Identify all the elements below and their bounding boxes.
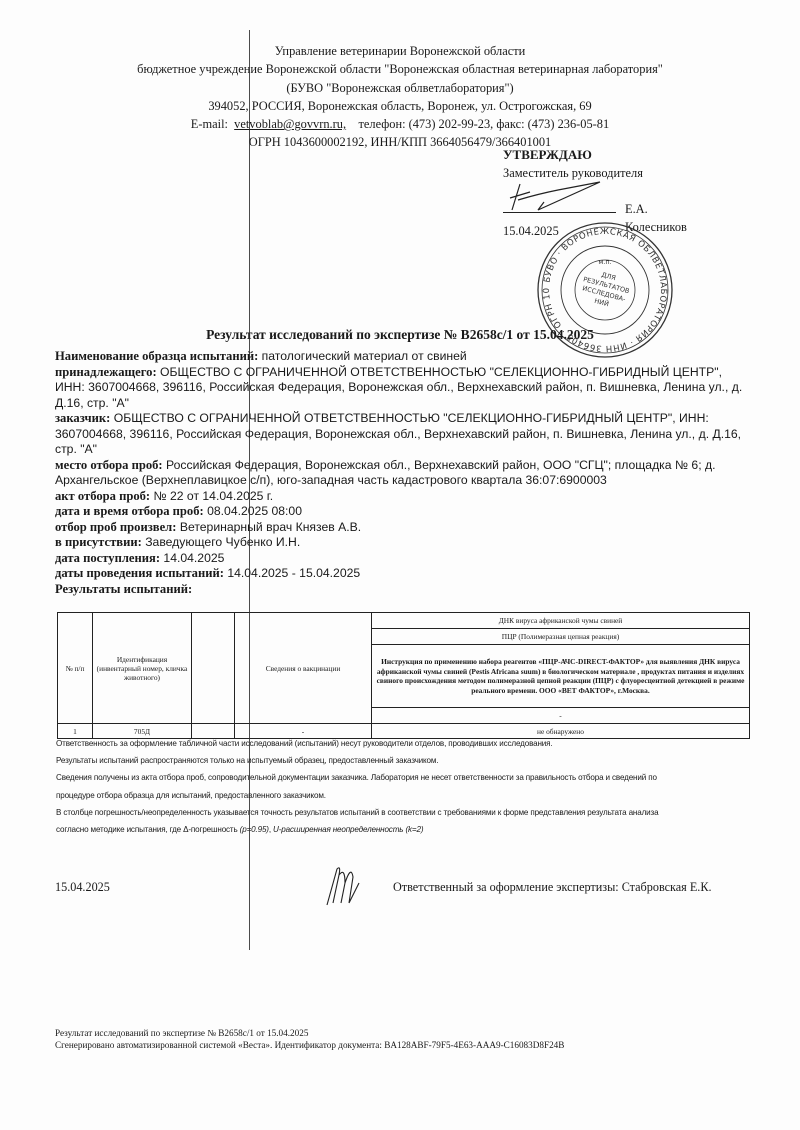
header-short-name: (БУВО "Воронежская облветлаборатория") (0, 79, 800, 97)
col-header-units: - (372, 708, 750, 724)
signoff-block: 15.04.2025 Ответственный за оформление э… (55, 878, 755, 918)
col-header-number: № п/п (58, 613, 93, 724)
footer-reference: Результат исследований по экспертизе № В… (55, 1027, 564, 1039)
col-header-vaccination: Сведения о вакцинации (235, 613, 372, 724)
table-header-row: № п/п Идентификация (инвентарный номер, … (58, 613, 750, 629)
col-header-method-type: ПЦР (Полимеразная цепная реакция) (372, 629, 750, 645)
col-header-blank (192, 613, 235, 724)
note-source-b: процедуре отбора образца для испытаний, … (56, 787, 756, 804)
field-sample-name: Наименование образца испытаний: патологи… (55, 349, 755, 365)
note-uncertainty-a: В столбце погрешность/неопределенность у… (56, 804, 756, 821)
note-responsibility: Ответственность за оформление табличной … (56, 735, 756, 752)
field-test-dates: даты проведения испытаний: 14.04.2025 - … (55, 566, 755, 582)
scan-artifact-line (249, 30, 250, 950)
col-header-identification: Идентификация (инвентарный номер, кличка… (93, 613, 192, 724)
document-footer: Результат исследований по экспертизе № В… (55, 1027, 564, 1051)
signoff-date: 15.04.2025 (55, 880, 110, 895)
header-authority: Управление ветеринарии Воронежской облас… (0, 42, 800, 60)
document-page: Управление ветеринарии Воронежской облас… (0, 0, 800, 1130)
field-in-presence: в присутствии: Заведующего Чубенко И.Н. (55, 535, 755, 551)
phone-fax: телефон: (473) 202-99-23, факс: (473) 23… (358, 117, 609, 131)
header-contacts: E-mail: vetvoblab@govvrn.ru, телефон: (4… (0, 115, 800, 133)
header-registration: ОГРН 1043600002192, ИНН/КПП 3664056479/3… (0, 133, 800, 151)
email-label: E-mail: (191, 117, 228, 131)
responsible-person: Ответственный за оформление экспертизы: … (393, 880, 712, 895)
col-header-method-doc: Инструкция по применению набора реагенто… (372, 645, 750, 708)
results-table: № п/п Идентификация (инвентарный номер, … (57, 612, 750, 739)
footer-generated-by: Сгенерировано автоматизированной системо… (55, 1039, 564, 1051)
field-sampling-act: акт отбора проб: № 22 от 14.04.2025 г. (55, 489, 755, 505)
note-scope: Результаты испытаний распространяются то… (56, 752, 756, 769)
note-uncertainty-b: согласно методике испытания, где Δ-погре… (56, 821, 756, 838)
field-customer: заказчик: ОБЩЕСТВО С ОГРАНИЧЕННОЙ ОТВЕТС… (55, 411, 755, 458)
header-address: 394052, РОССИЯ, Воронежская область, Вор… (0, 97, 800, 115)
col-header-test-name: ДНК вируса африканской чумы свиней (372, 613, 750, 629)
svg-text:м.п.: м.п. (598, 258, 611, 266)
field-sampled-by: отбор проб произвел: Ветеринарный врач К… (55, 520, 755, 536)
document-title: Результат исследований по экспертизе № В… (0, 327, 800, 343)
field-sampling-place: место отбора проб: Российская Федерация,… (55, 458, 755, 489)
approval-title: УТВЕРЖДАЮ (503, 146, 643, 164)
organization-header: Управление ветеринарии Воронежской облас… (0, 42, 800, 152)
notes-section: Ответственность за оформление табличной … (56, 735, 756, 838)
signature-icon (508, 180, 618, 214)
approval-signature-row: Е.А. Колесников (503, 182, 643, 220)
field-received-date: дата поступления: 14.04.2025 (55, 551, 755, 567)
field-owner: принадлежащего: ОБЩЕСТВО С ОГРАНИЧЕННОЙ … (55, 365, 755, 412)
signature-line (503, 212, 616, 213)
results-heading: Результаты испытаний: (55, 582, 755, 598)
signature-icon (323, 863, 363, 907)
email-link[interactable]: vetvoblab@govvrn.ru, (234, 117, 346, 131)
header-institution: бюджетное учреждение Воронежской области… (0, 60, 800, 78)
sample-details: Наименование образца испытаний: патологи… (55, 349, 755, 597)
field-sampling-datetime: дата и время отбора проб: 08.04.2025 08:… (55, 504, 755, 520)
note-source-a: Сведения получены из акта отбора проб, с… (56, 769, 756, 786)
